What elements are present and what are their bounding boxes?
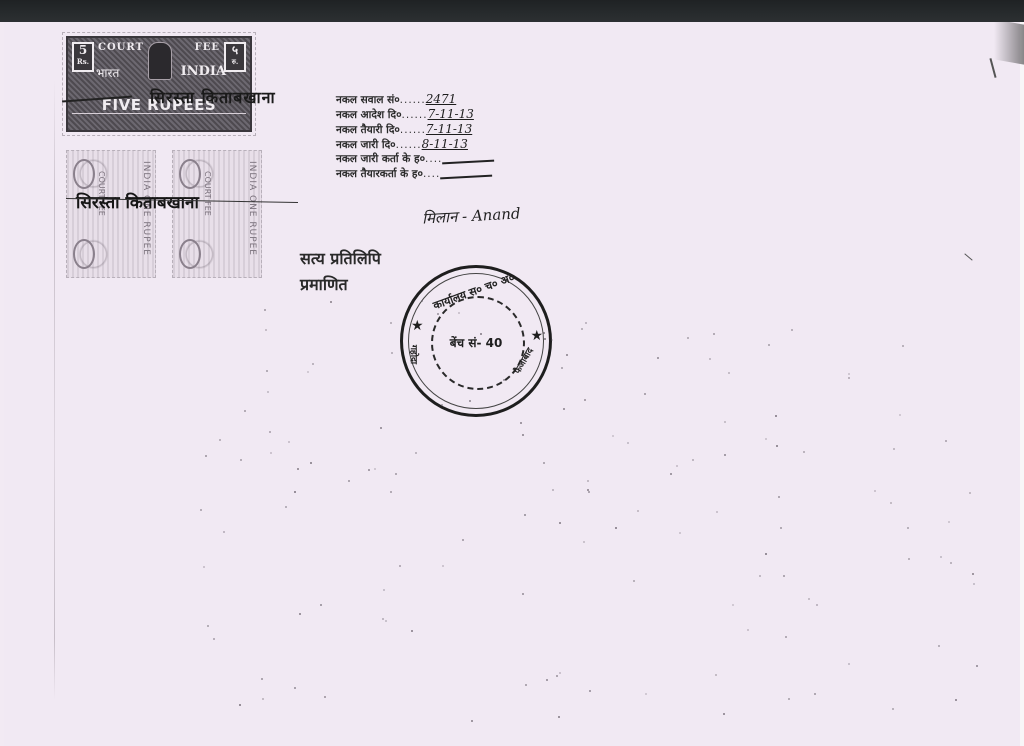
fold-line [54,80,55,700]
national-emblem-icon [148,42,172,80]
scan-speck [219,439,221,441]
scan-speck [558,716,560,718]
stamp-value-right: ५रु. [224,42,246,72]
scan-speck [390,322,392,324]
scan-speck [223,531,225,533]
scan-speck [713,333,715,335]
court-fee-stamp-five-rupees: 5Rs. ५रु. COURT FEE भारत INDIA FIVE RUPE… [66,36,252,132]
order-date: 7-11-13 [428,107,474,121]
stamp-label-court: COURT [98,42,144,53]
scan-speck [765,553,767,555]
prepared-date: 7-11-13 [426,122,472,136]
scan-speck [382,618,384,620]
scan-speck [207,625,209,627]
scan-speck [469,400,471,402]
scan-speck [566,354,568,356]
scan-speck [411,630,413,632]
scan-speck [584,399,586,401]
scan-speck [907,527,909,529]
application-number: 2471 [426,92,457,106]
copy-detail-row: नकल जारी दि०......8-11-13 [336,137,546,152]
scan-speck [471,720,473,722]
issuer-signature [442,154,494,165]
scan-speck [437,313,439,315]
scan-speck [288,441,290,443]
scan-speck [945,440,947,442]
scan-speck [892,708,894,710]
scan-speck [848,373,850,375]
scan-speck [239,704,241,706]
scan-speck [716,511,718,513]
scan-speck [563,408,565,410]
scan-speck [657,357,659,359]
stamp-overprint: सिरस्ता किताबखाना [76,190,199,213]
scan-speck [583,541,585,543]
scan-speck [976,665,978,667]
scan-speck [791,329,793,331]
scan-speck [780,527,782,529]
stamp-country-english: INDIA [181,64,226,79]
stamp-value-left: 5Rs. [72,42,94,72]
stamp-overprint: सिरस्ता किताबखाना [150,86,276,108]
scan-speck [732,604,734,606]
scan-speck [374,468,376,470]
scan-speck [908,558,910,560]
scan-speck [285,506,287,508]
scan-speck [874,490,876,492]
scan-speck [938,645,940,647]
scan-speck [559,522,561,524]
preparer-signature [440,169,492,180]
copy-detail-row: नकल सवाल सं०......2471 [336,92,546,107]
copy-detail-row: नकल आदेश दि०......7-11-13 [336,107,546,122]
scan-speck [848,663,850,665]
scan-speck [724,454,726,456]
scan-speck [848,377,850,379]
stamp-oval-icon [73,159,95,189]
scan-speck [687,337,689,339]
page-curl-shadow [994,19,1024,64]
scan-speck [442,565,444,567]
star-icon: ★ [411,318,424,334]
scan-speck [637,510,639,512]
copy-detail-row: नकल तैयारी दि०......7-11-13 [336,122,546,137]
scan-speck [348,480,350,482]
scan-speck [267,391,269,393]
stamp-side-text: COURT FEE [203,171,212,216]
scan-speck [385,620,387,622]
scan-speck [589,690,591,692]
scanner-band [0,0,1024,22]
scan-speck [893,448,895,450]
stamp-oval-icon [179,159,201,189]
page-edge [1020,22,1024,746]
scan-speck [264,309,266,311]
certification-text: सत्य प्रतिलिपि प्रमाणित [300,246,381,298]
scan-speck [715,674,717,676]
scan-speck [556,675,558,677]
scan-speck [294,687,296,689]
scan-speck [270,452,272,454]
stamp-vertical-text: INDIA ONE RUPEE [247,161,257,256]
scan-speck [775,415,777,417]
scan-speck [645,693,647,695]
certified-line-1: सत्य प्रतिलिपि [300,246,381,272]
scan-speck [522,593,524,595]
stamp-border [72,113,246,126]
scan-speck [458,312,460,314]
scan-speck [969,492,971,494]
issue-date: 8-11-13 [422,137,468,151]
stamp-country-hindi: भारत [96,64,119,81]
scan-speck [899,414,901,416]
copy-detail-row: नकल जारी कर्ता के ह०.... [336,152,546,167]
certified-line-2: प्रमाणित [300,272,381,298]
copy-details-block: नकल सवाल सं०......2471 नकल आदेश दि०.....… [336,92,546,182]
scan-speck [399,565,401,567]
scan-speck [788,698,790,700]
seal-bench-number: बेंच सं- 40 [403,334,549,351]
scan-speck [627,442,629,444]
scan-speck [307,371,309,373]
scan-speck [588,491,590,493]
office-seal: कार्यालय स० च० अ० गहोदा फैजाबाद ★ ★ बेंच… [400,265,552,417]
scan-speck [581,328,583,330]
stamp-oval-icon [73,239,95,269]
stamp-oval-icon [179,239,201,269]
court-fee-stamp-one-rupee: COURT FEE INDIA ONE RUPEE [172,150,262,278]
scan-speck [297,468,299,470]
scan-speck [644,393,646,395]
court-fee-stamp-one-rupee: COURT FEE INDIA ONE RUPEE [66,150,156,278]
stamp-label-fee: FEE [195,42,220,53]
scan-speck [552,489,554,491]
copy-detail-row: नकल तैयारकर्ता के ह०.... [336,167,546,182]
scan-speck [724,421,726,423]
